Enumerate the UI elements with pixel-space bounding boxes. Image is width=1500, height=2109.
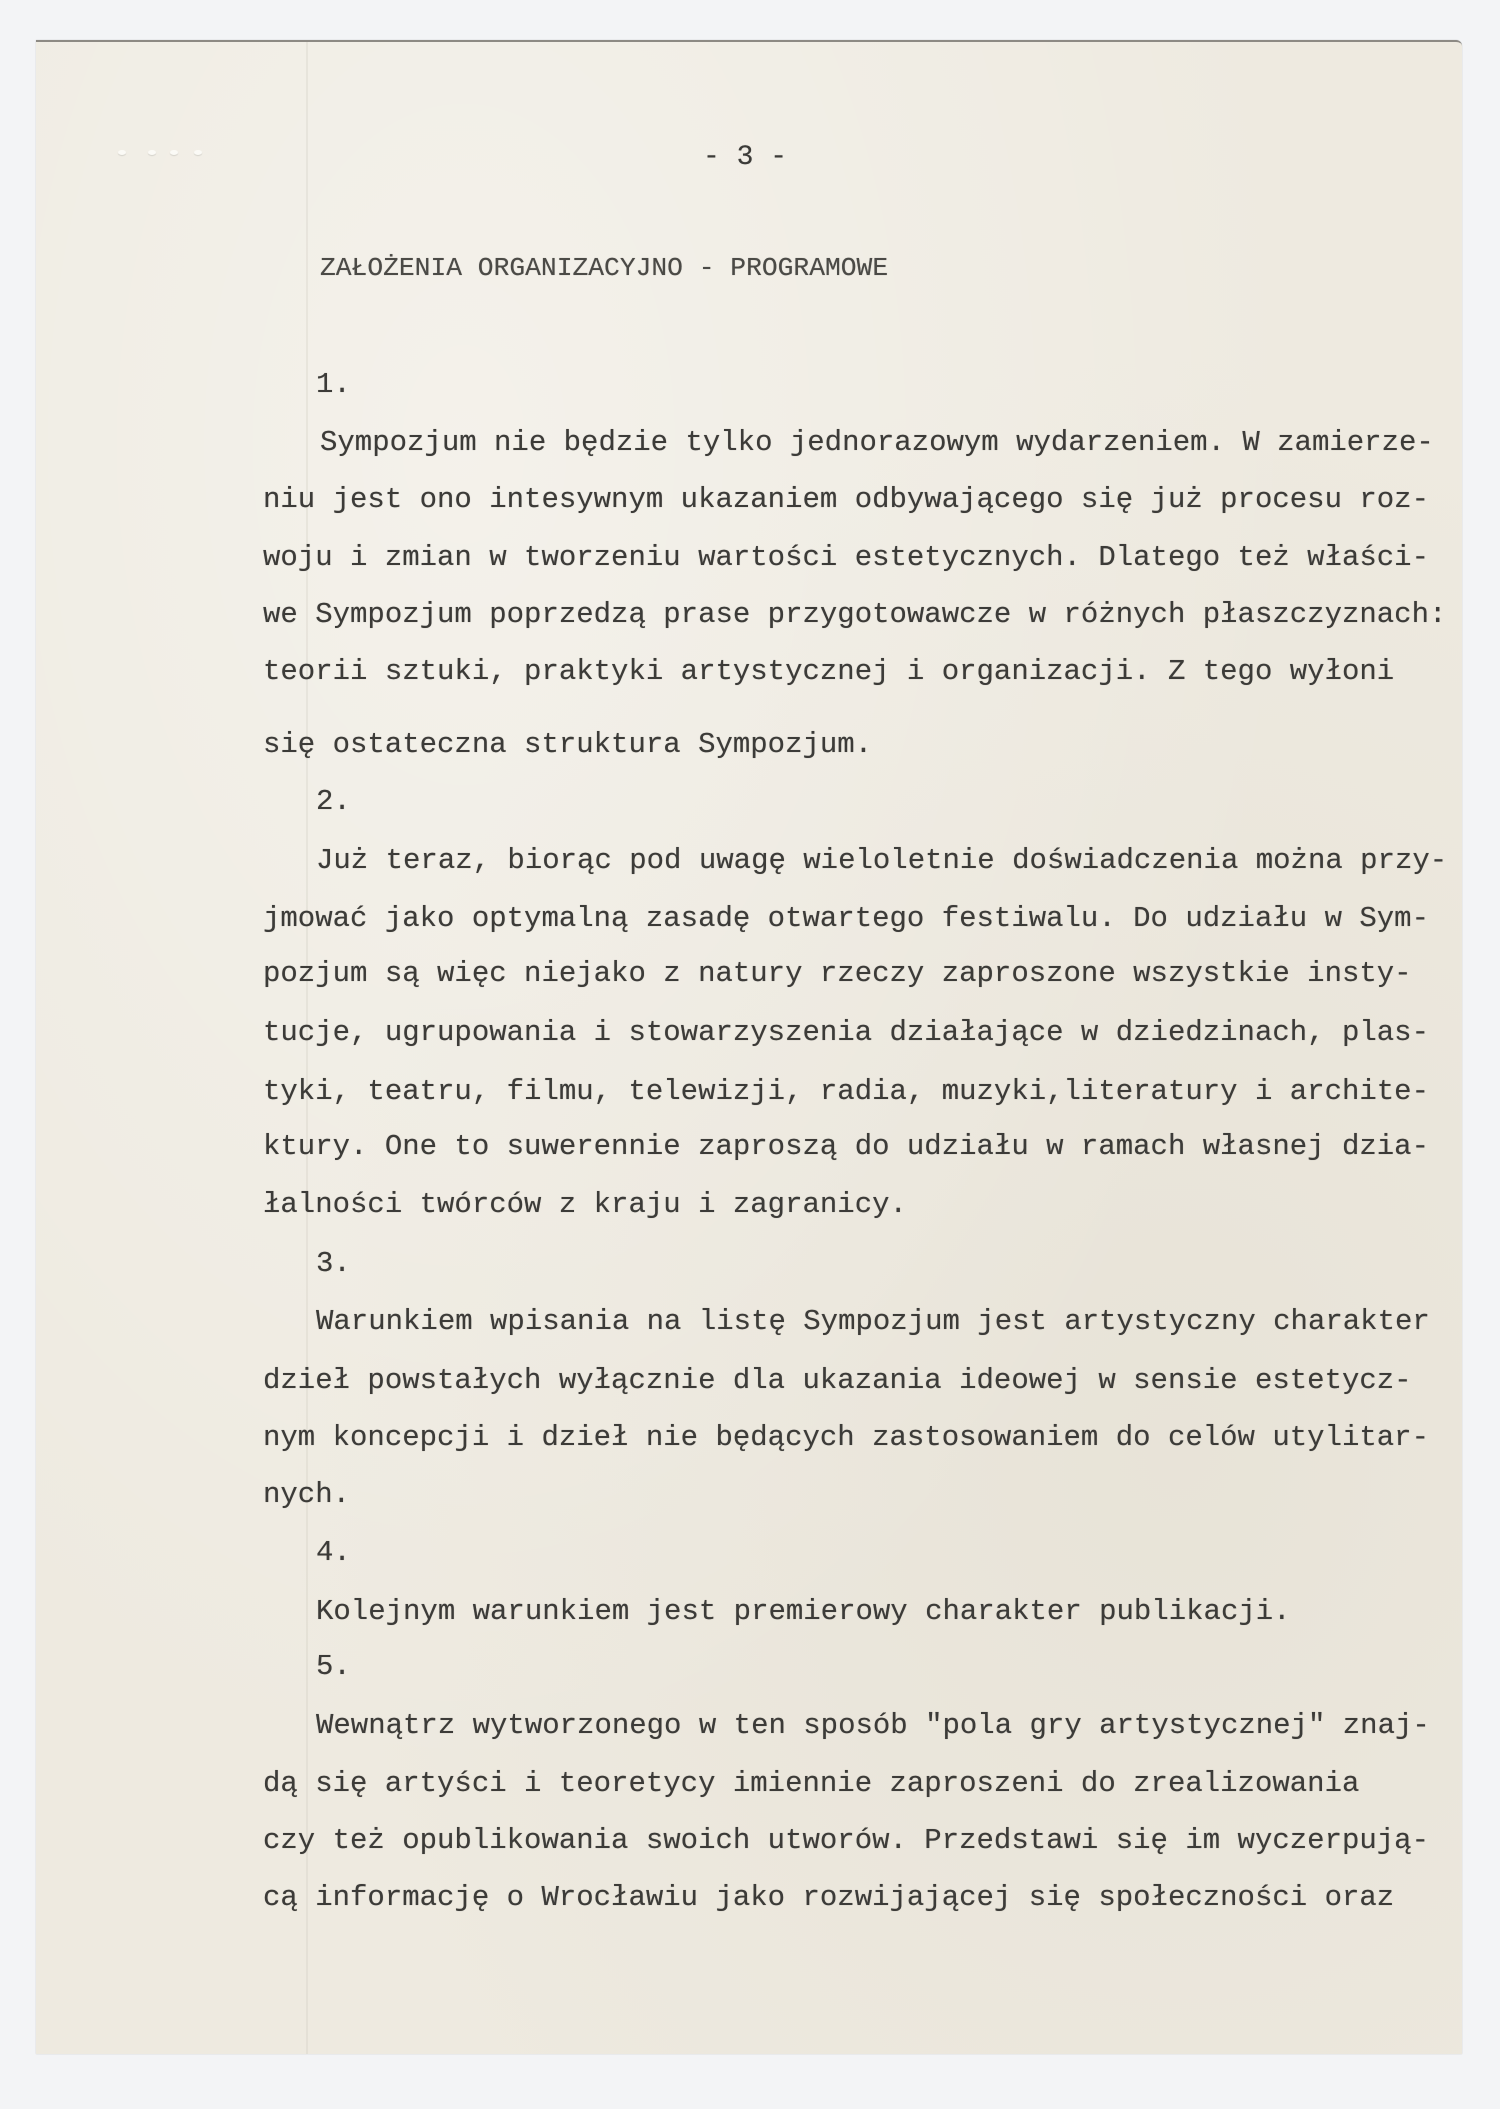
paragraph-line: tucje, ugrupowania i stowarzyszenia dzia… <box>263 1017 1429 1049</box>
paragraph-line: Kolejnym warunkiem jest premierowy chara… <box>316 1596 1291 1628</box>
paragraph-line: dzieł powstałych wyłącznie dla ukazania … <box>263 1365 1412 1397</box>
paragraph-line: Warunkiem wpisania na listę Sympozjum je… <box>316 1306 1430 1338</box>
paragraph-line: Sympozjum nie będzie tylko jednorazowym … <box>320 427 1434 459</box>
paragraph-line: czy też opublikowania swoich utworów. Pr… <box>263 1825 1429 1857</box>
section-number-3: 3. <box>316 1248 351 1280</box>
paragraph-line: teorii sztuki, praktyki artystycznej i o… <box>263 656 1394 688</box>
section-number-1: 1. <box>316 369 351 401</box>
punch-marks <box>118 150 208 164</box>
paragraph-line: woju i zmian w tworzeniu wartości estety… <box>263 542 1429 574</box>
section-number-5: 5. <box>316 1651 351 1683</box>
section-number-4: 4. <box>316 1537 351 1569</box>
paragraph-line: łalności twórców z kraju i zagranicy. <box>263 1189 907 1221</box>
paragraph-line: ktury. One to suwerennie zaproszą do udz… <box>263 1131 1429 1163</box>
page-number: - 3 - <box>703 142 787 174</box>
paragraph-line: cą informację o Wrocławiu jako rozwijają… <box>263 1882 1394 1914</box>
paragraph-line: Już teraz, biorąc pod uwagę wieloletnie … <box>316 845 1447 877</box>
paragraph-line: tyki, teatru, filmu, telewizji, radia, m… <box>263 1076 1429 1108</box>
paragraph-line: Wewnątrz wytworzonego w ten sposób "pola… <box>316 1710 1430 1742</box>
paragraph-line: we Sympozjum poprzedzą prase przygotowaw… <box>263 599 1446 631</box>
section-number-2: 2. <box>316 786 351 818</box>
paragraph-line: niu jest ono intesywnym ukazaniem odbywa… <box>263 484 1429 516</box>
paragraph-line: nych. <box>263 1479 350 1511</box>
paragraph-line: jmować jako optymalną zasadę otwartego f… <box>263 903 1429 935</box>
paragraph-line: pozjum są więc niejako z natury rzeczy z… <box>263 958 1412 990</box>
section-heading: ZAŁOŻENIA ORGANIZACYJNO - PROGRAMOWE <box>320 252 888 284</box>
paragraph-line: nym koncepcji i dzieł nie będących zasto… <box>263 1422 1429 1454</box>
paragraph-line: dą się artyści i teoretycy imiennie zapr… <box>263 1768 1359 1800</box>
paragraph-line: się ostateczna struktura Sympozjum. <box>263 729 872 761</box>
